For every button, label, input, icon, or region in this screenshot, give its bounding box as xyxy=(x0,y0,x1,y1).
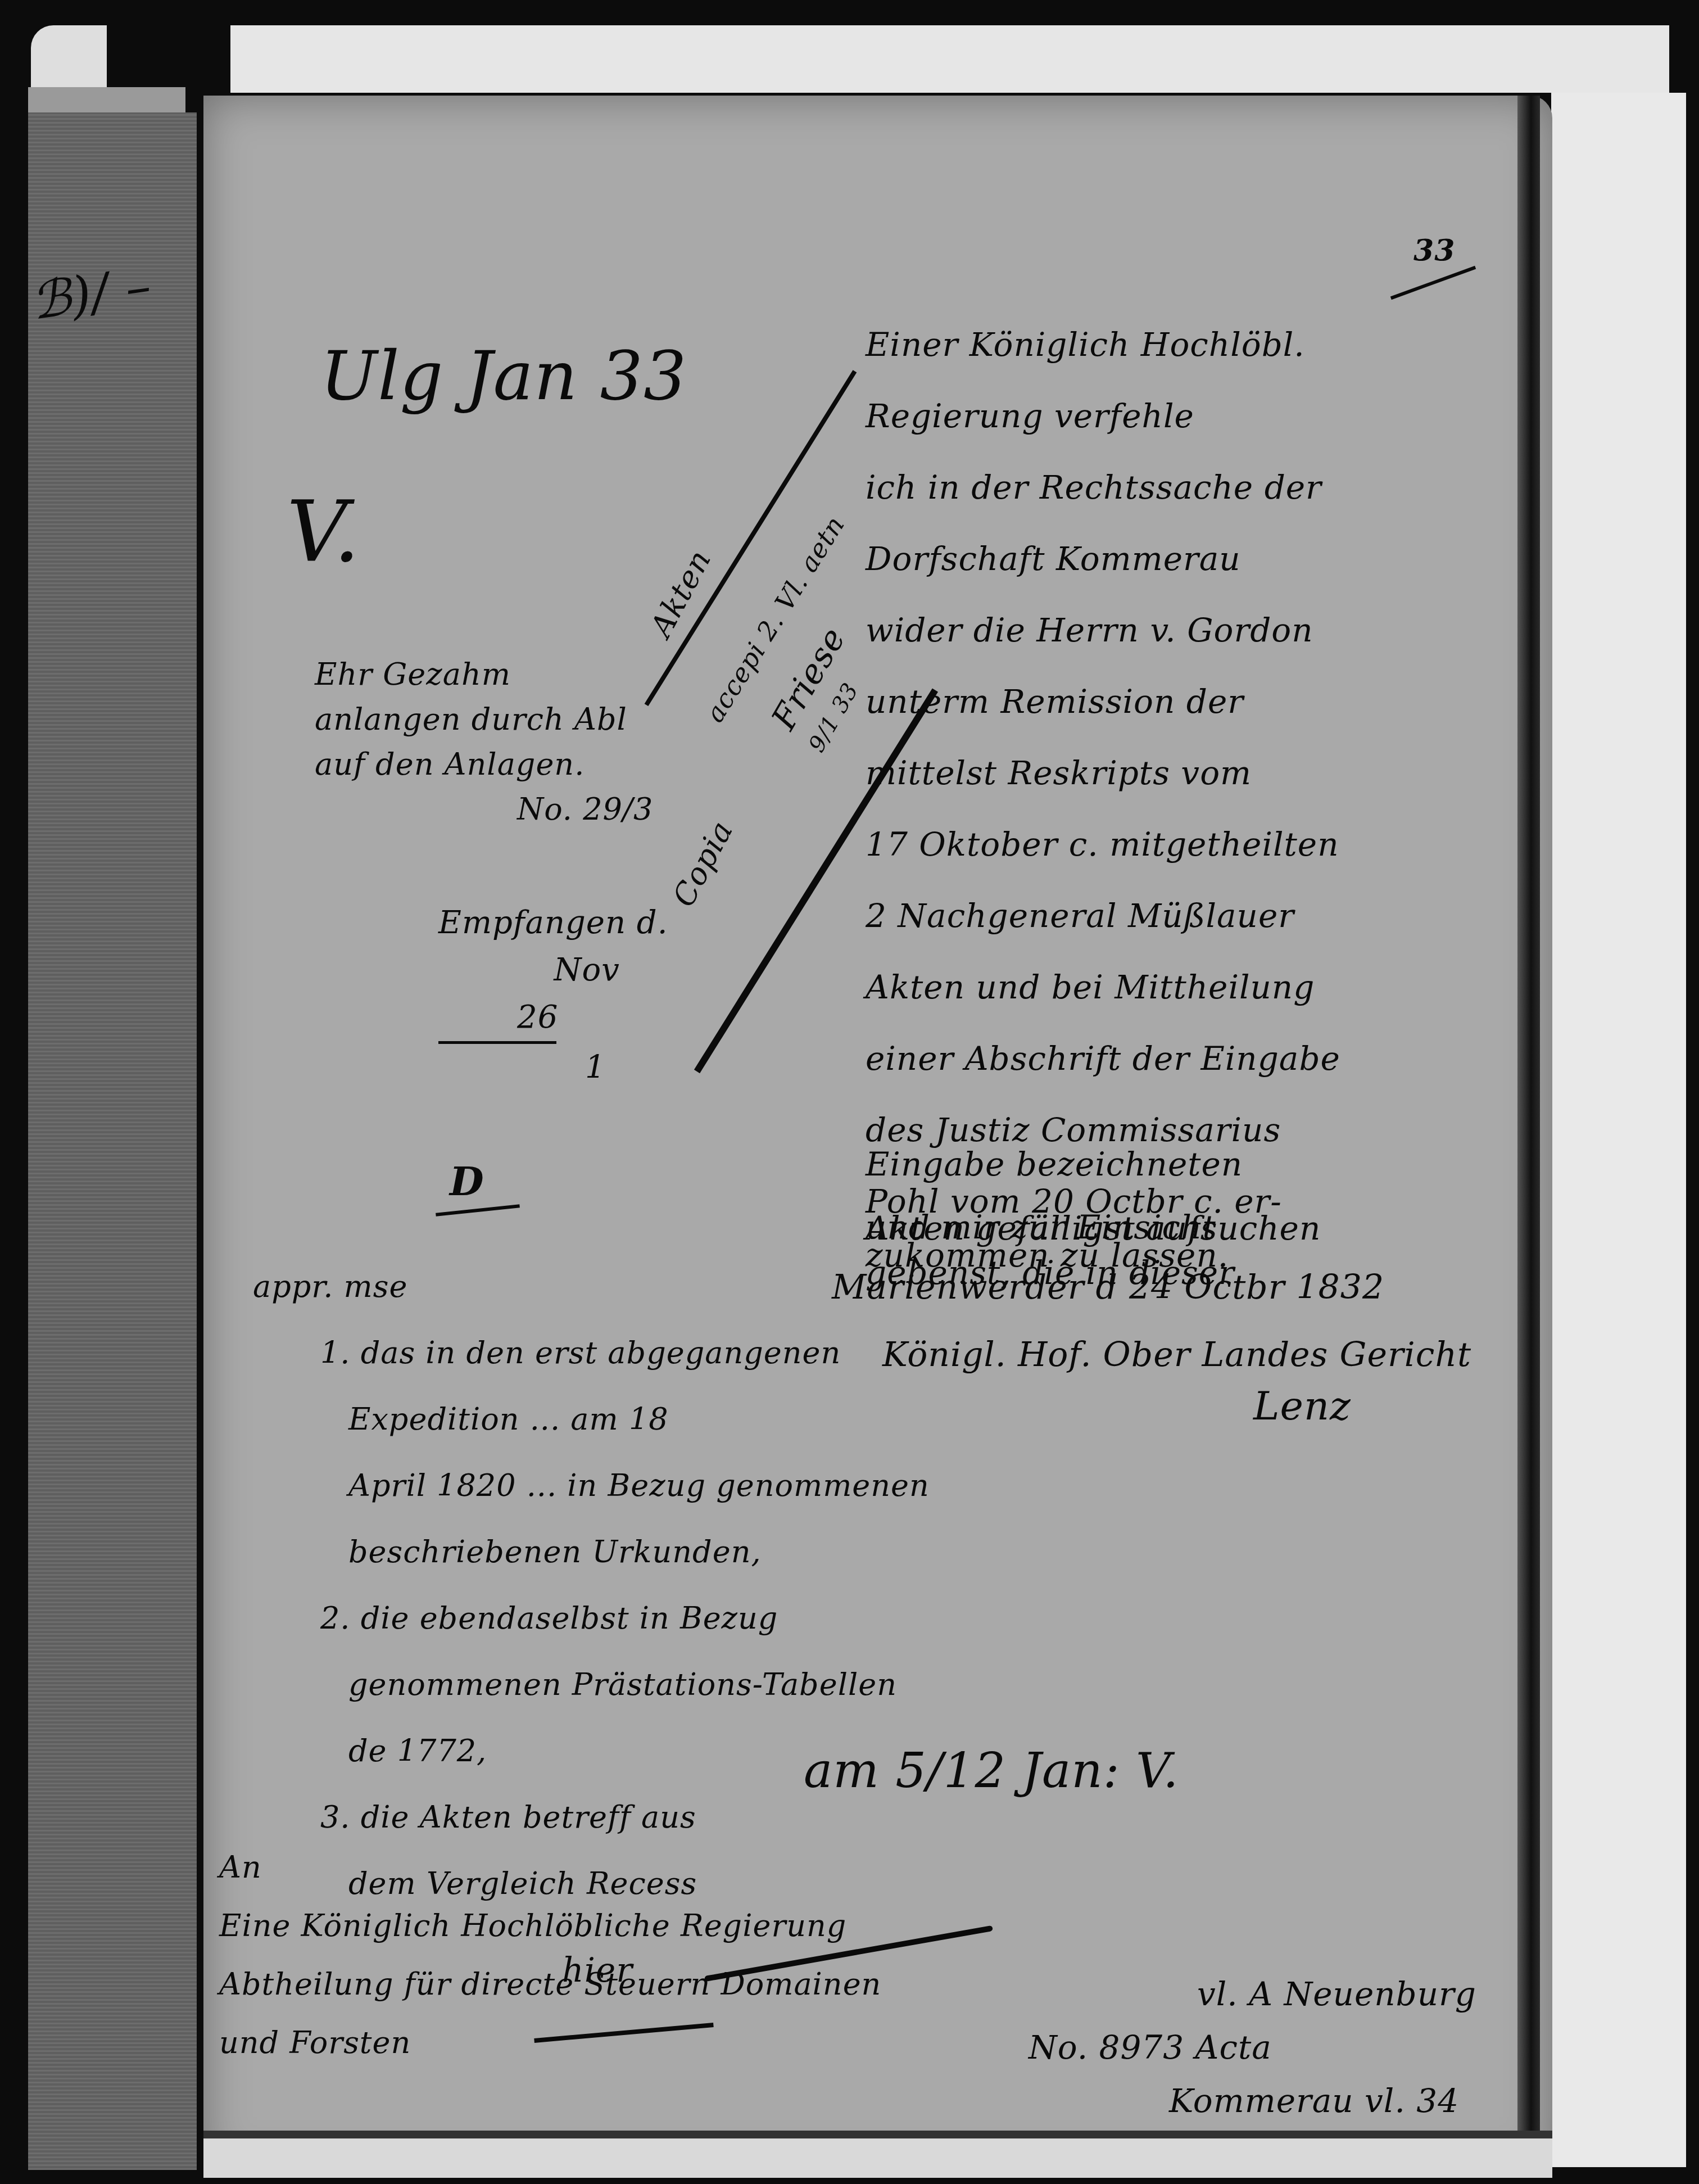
item-line: die Akten betreff aus xyxy=(361,1799,696,1835)
binding-strip xyxy=(28,112,197,2170)
body-line: wider die Herrn v. Gordon xyxy=(866,595,1340,666)
received-line: 26 xyxy=(438,994,556,1044)
note-line: auf den Anlagen. xyxy=(315,742,653,787)
body-line: ich in der Rechtssache der xyxy=(866,452,1340,523)
note-line: Ehr Gezahm xyxy=(315,652,653,697)
note-line: anlangen durch Abl xyxy=(315,697,653,742)
folio-heading: Ulg Jan 33 xyxy=(320,337,687,415)
folio-mark: V. xyxy=(287,483,361,581)
body-line: mittelst Reskripts vom xyxy=(866,738,1340,809)
note-line: No. 29/3 xyxy=(315,787,653,832)
page-bottom-edge xyxy=(203,2131,1552,2178)
right-margin xyxy=(1551,93,1686,2167)
decret-mark: D xyxy=(450,1158,484,1205)
body-line: Einer Königlich Hochlöbl. xyxy=(866,309,1340,381)
item-line: genommenen Prästations-Tabellen xyxy=(253,1652,930,1718)
address-hier: hier xyxy=(562,1951,633,1990)
item-line: Expedition ... am 18 xyxy=(253,1386,930,1453)
decree-intro: appr. mse xyxy=(253,1254,930,1320)
scan-frame-top xyxy=(230,25,1669,93)
file-ref-line: vl. A Neuenburg xyxy=(1029,1968,1476,2021)
file-ref-line: Kommerau vl. 34 xyxy=(1029,2074,1476,2128)
body-line: Akten und bei Mittheilung xyxy=(866,952,1340,1023)
address-line: und Forsten xyxy=(219,2014,881,2072)
item-number: 3. xyxy=(320,1799,351,1835)
body-line: Regierung verfehle xyxy=(866,381,1340,452)
body-line: Dorfschaft Kommerau xyxy=(866,523,1340,595)
address-prefix: An xyxy=(219,1838,881,1897)
file-reference: vl. A Neuenburg No. 8973 Acta Kommerau v… xyxy=(1029,1968,1476,2128)
document-scan: ℬ)/ – 33 Ulg Jan 33 V. Ehr Gezahm anlang… xyxy=(0,0,1699,2184)
decree-list: appr. mse 1. das in den erst abgegangene… xyxy=(253,1254,930,1917)
address-line: Eine Königlich Hochlöbliche Regierung xyxy=(219,1897,881,1955)
body-line: 17 Oktober c. mitgetheilten xyxy=(866,809,1340,880)
received-line: 1 xyxy=(438,1044,668,1091)
item-line: das in den erst abgegangenen xyxy=(361,1335,841,1371)
body-line: 2 Nachgeneral Müßlauer xyxy=(866,880,1340,952)
scan-frame-card xyxy=(31,25,107,87)
left-margin-note: Ehr Gezahm anlangen durch Abl auf den An… xyxy=(315,652,653,832)
body-line: einer Abschrift der Eingabe xyxy=(866,1023,1340,1095)
closing-signature: Lenz xyxy=(1253,1383,1351,1429)
item-line: die ebendaselbst in Bezug xyxy=(361,1600,778,1636)
body-line: unterm Remission der xyxy=(866,666,1340,738)
item-line: April 1820 ... in Bezug genommenen xyxy=(253,1453,930,1519)
item-line: beschriebenen Urkunden, xyxy=(253,1519,930,1585)
file-ref-line: No. 8973 Acta xyxy=(1029,2021,1476,2074)
decree-date-mark: am 5/12 Jan: V. xyxy=(804,1743,1179,1799)
item-number: 2. xyxy=(320,1600,351,1636)
received-note: Empfangen d. Nov 26 1 xyxy=(438,899,668,1091)
body-line: zukommen zu lassen. xyxy=(866,1220,1229,1291)
letter-body-last: zukommen zu lassen. xyxy=(866,1220,1229,1291)
received-line: Nov xyxy=(438,947,668,994)
page-edge xyxy=(1517,96,1540,2170)
received-line: Empfangen d. xyxy=(438,899,668,947)
page-number: 33 xyxy=(1413,233,1455,268)
item-number: 1. xyxy=(320,1335,351,1371)
